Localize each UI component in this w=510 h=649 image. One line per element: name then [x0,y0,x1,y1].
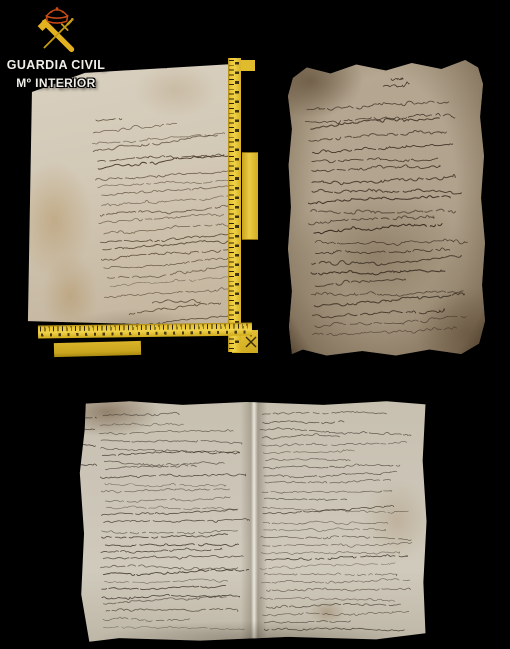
tape-number-marks [235,62,239,348]
handwriting-texture [287,57,485,357]
evidence-photo: GUARDIA CIVIL Mº INTERIOR [0,0,510,649]
vertical-measuring-tape [228,58,241,352]
ministry-label: Mº INTERIOR [4,76,108,90]
tape-tick-marks [229,60,234,350]
agency-label: GUARDIA CIVIL [4,58,108,72]
manuscript-page-aged [287,57,485,357]
handwriting-texture [77,400,429,643]
tape-top-tab [241,60,255,71]
guardia-civil-emblem-icon [26,5,88,57]
handwriting-texture [26,60,238,334]
manuscript-bifolium [77,400,429,643]
guardia-civil-watermark: GUARDIA CIVIL Mº INTERIOR [0,0,120,100]
folded-ruler-segment [242,152,258,240]
manuscript-letter [26,60,238,334]
horizontal-ruler [38,323,252,339]
ruler-offcut-strip [54,341,141,357]
